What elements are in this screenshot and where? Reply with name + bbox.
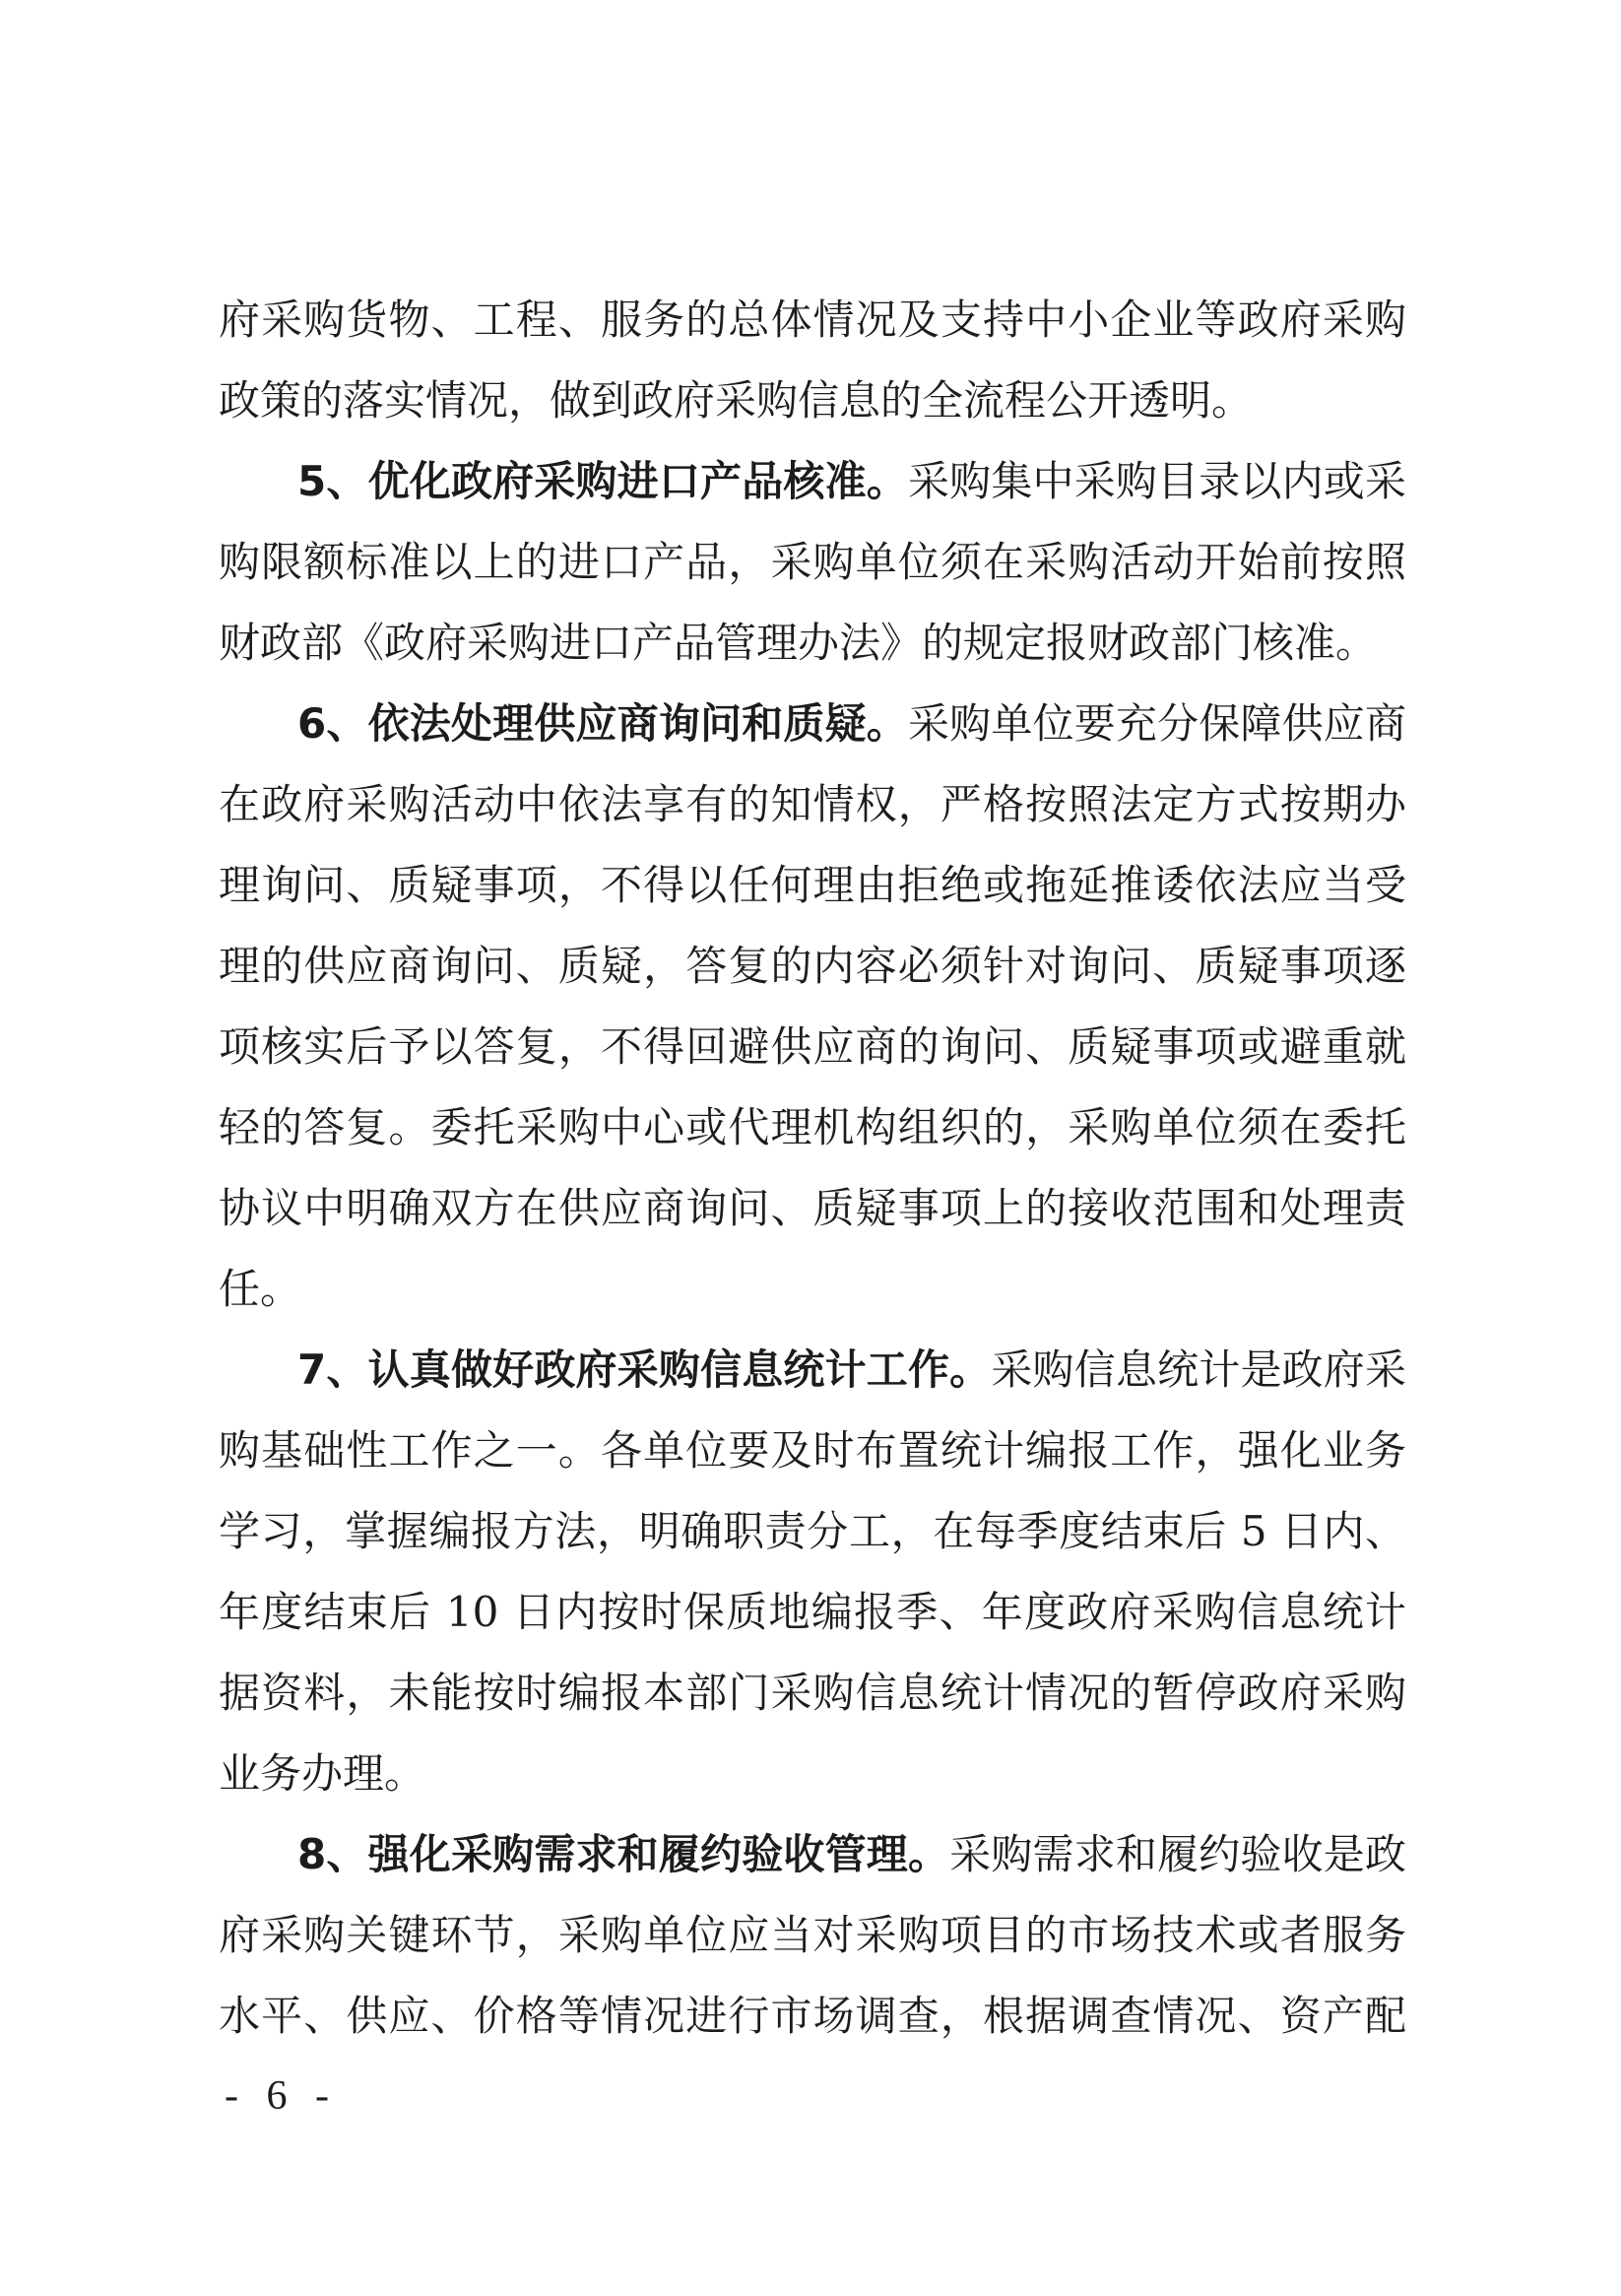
text-line: 水平、供应、价格等情况进行市场调查，根据调查情况、资产配: [219, 1976, 1406, 2057]
text-segment: 府采购关键环节，采购单位应当对采购项目的市场技术或者服务: [219, 1911, 1406, 1959]
document-body: 府采购货物、工程、服务的总体情况及支持中小企业等政府采购政策的落实情况，做到政府…: [219, 280, 1406, 2057]
text-line: 财政部《政府采购进口产品管理办法》的规定报财政部门核准。: [219, 603, 1406, 684]
text-segment: 业务办理。: [219, 1749, 425, 1798]
text-line: 在政府采购活动中依法享有的知情权，严格按照法定方式按期办: [219, 764, 1406, 845]
text-line: 府采购关键环节，采购单位应当对采购项目的市场技术或者服务: [219, 1895, 1406, 1976]
text-segment: 财政部《政府采购进口产品管理办法》的规定报财政部门核准。: [219, 619, 1377, 667]
text-line: 轻的答复。委托采购中心或代理机构组织的，采购单位须在委托: [219, 1087, 1406, 1168]
text-line: 5、优化政府采购进口产品核准。采购集中采购目录以内或采: [219, 441, 1406, 522]
heading-run-in: 8、强化采购需求和履约验收管理。: [297, 1830, 949, 1878]
text-segment: 水平、供应、价格等情况进行市场调查，根据调查情况、资产配: [219, 1992, 1406, 2040]
text-line: 理询问、质疑事项，不得以任何理由拒绝或拖延推诿依法应当受: [219, 845, 1406, 926]
text-segment: 据资料，未能按时编报本部门采购信息统计情况的暂停政府采购: [219, 1669, 1406, 1717]
text-segment: 购基础性工作之一。各单位要及时布置统计编报工作，强化业务: [219, 1426, 1406, 1475]
text-segment: 采购信息统计是政府采: [991, 1345, 1406, 1394]
text-line: 府采购货物、工程、服务的总体情况及支持中小企业等政府采购: [219, 280, 1406, 361]
text-segment: 理询问、质疑事项，不得以任何理由拒绝或拖延推诿依法应当受: [219, 861, 1406, 909]
text-line: 购基础性工作之一。各单位要及时布置统计编报工作，强化业务: [219, 1410, 1406, 1491]
text-segment: 购限额标准以上的进口产品，采购单位须在采购活动开始前按照: [219, 538, 1406, 586]
heading-run-in: 5、优化政府采购进口产品核准。: [297, 457, 908, 505]
text-line: 任。: [219, 1249, 1406, 1330]
heading-run-in: 7、认真做好政府采购信息统计工作。: [297, 1345, 991, 1394]
heading-run-in: 6、依法处理供应商询问和质疑。: [297, 699, 908, 748]
text-line: 项核实后予以答复，不得回避供应商的询问、质疑事项或避重就: [219, 1007, 1406, 1087]
text-line: 购限额标准以上的进口产品，采购单位须在采购活动开始前按照: [219, 522, 1406, 603]
text-segment: 政策的落实情况，做到政府采购信息的全流程公开透明。: [219, 376, 1253, 425]
text-line: 6、依法处理供应商询问和质疑。采购单位要充分保障供应商: [219, 684, 1406, 764]
text-segment: 项核实后予以答复，不得回避供应商的询问、质疑事项或避重就: [219, 1022, 1406, 1071]
page-number: - 6 -: [225, 2072, 338, 2120]
text-segment: 年度结束后 10 日内按时保质地编报季、年度政府采购信息统计数: [219, 1588, 1406, 1653]
text-line: 协议中明确双方在供应商询问、质疑事项上的接收范围和处理责: [219, 1168, 1406, 1249]
text-line: 学习，掌握编报方法，明确职责分工，在每季度结束后 5 日内、: [219, 1491, 1406, 1572]
text-segment: 在政府采购活动中依法享有的知情权，严格按照法定方式按期办: [219, 780, 1406, 828]
text-segment: 协议中明确双方在供应商询问、质疑事项上的接收范围和处理责: [219, 1184, 1406, 1232]
text-segment: 采购单位要充分保障供应商: [908, 699, 1406, 748]
text-segment: 轻的答复。委托采购中心或代理机构组织的，采购单位须在委托: [219, 1103, 1406, 1151]
text-segment: 理的供应商询问、质疑，答复的内容必须针对询问、质疑事项逐: [219, 942, 1406, 990]
text-segment: 府采购货物、工程、服务的总体情况及支持中小企业等政府采购: [219, 295, 1406, 344]
text-line: 业务办理。: [219, 1734, 1406, 1814]
text-segment: 采购需求和履约验收是政: [949, 1830, 1406, 1878]
text-line: 据资料，未能按时编报本部门采购信息统计情况的暂停政府采购: [219, 1653, 1406, 1734]
text-line: 7、认真做好政府采购信息统计工作。采购信息统计是政府采: [219, 1330, 1406, 1410]
text-line: 理的供应商询问、质疑，答复的内容必须针对询问、质疑事项逐: [219, 926, 1406, 1007]
text-segment: 学习，掌握编报方法，明确职责分工，在每季度结束后 5 日内、: [219, 1507, 1406, 1555]
text-segment: 任。: [219, 1265, 301, 1313]
text-line: 年度结束后 10 日内按时保质地编报季、年度政府采购信息统计数: [219, 1572, 1406, 1653]
text-line: 8、强化采购需求和履约验收管理。采购需求和履约验收是政: [219, 1814, 1406, 1895]
document-page: 府采购货物、工程、服务的总体情况及支持中小企业等政府采购政策的落实情况，做到政府…: [0, 0, 1621, 2296]
text-line: 政策的落实情况，做到政府采购信息的全流程公开透明。: [219, 361, 1406, 441]
text-segment: 采购集中采购目录以内或采: [908, 457, 1406, 505]
